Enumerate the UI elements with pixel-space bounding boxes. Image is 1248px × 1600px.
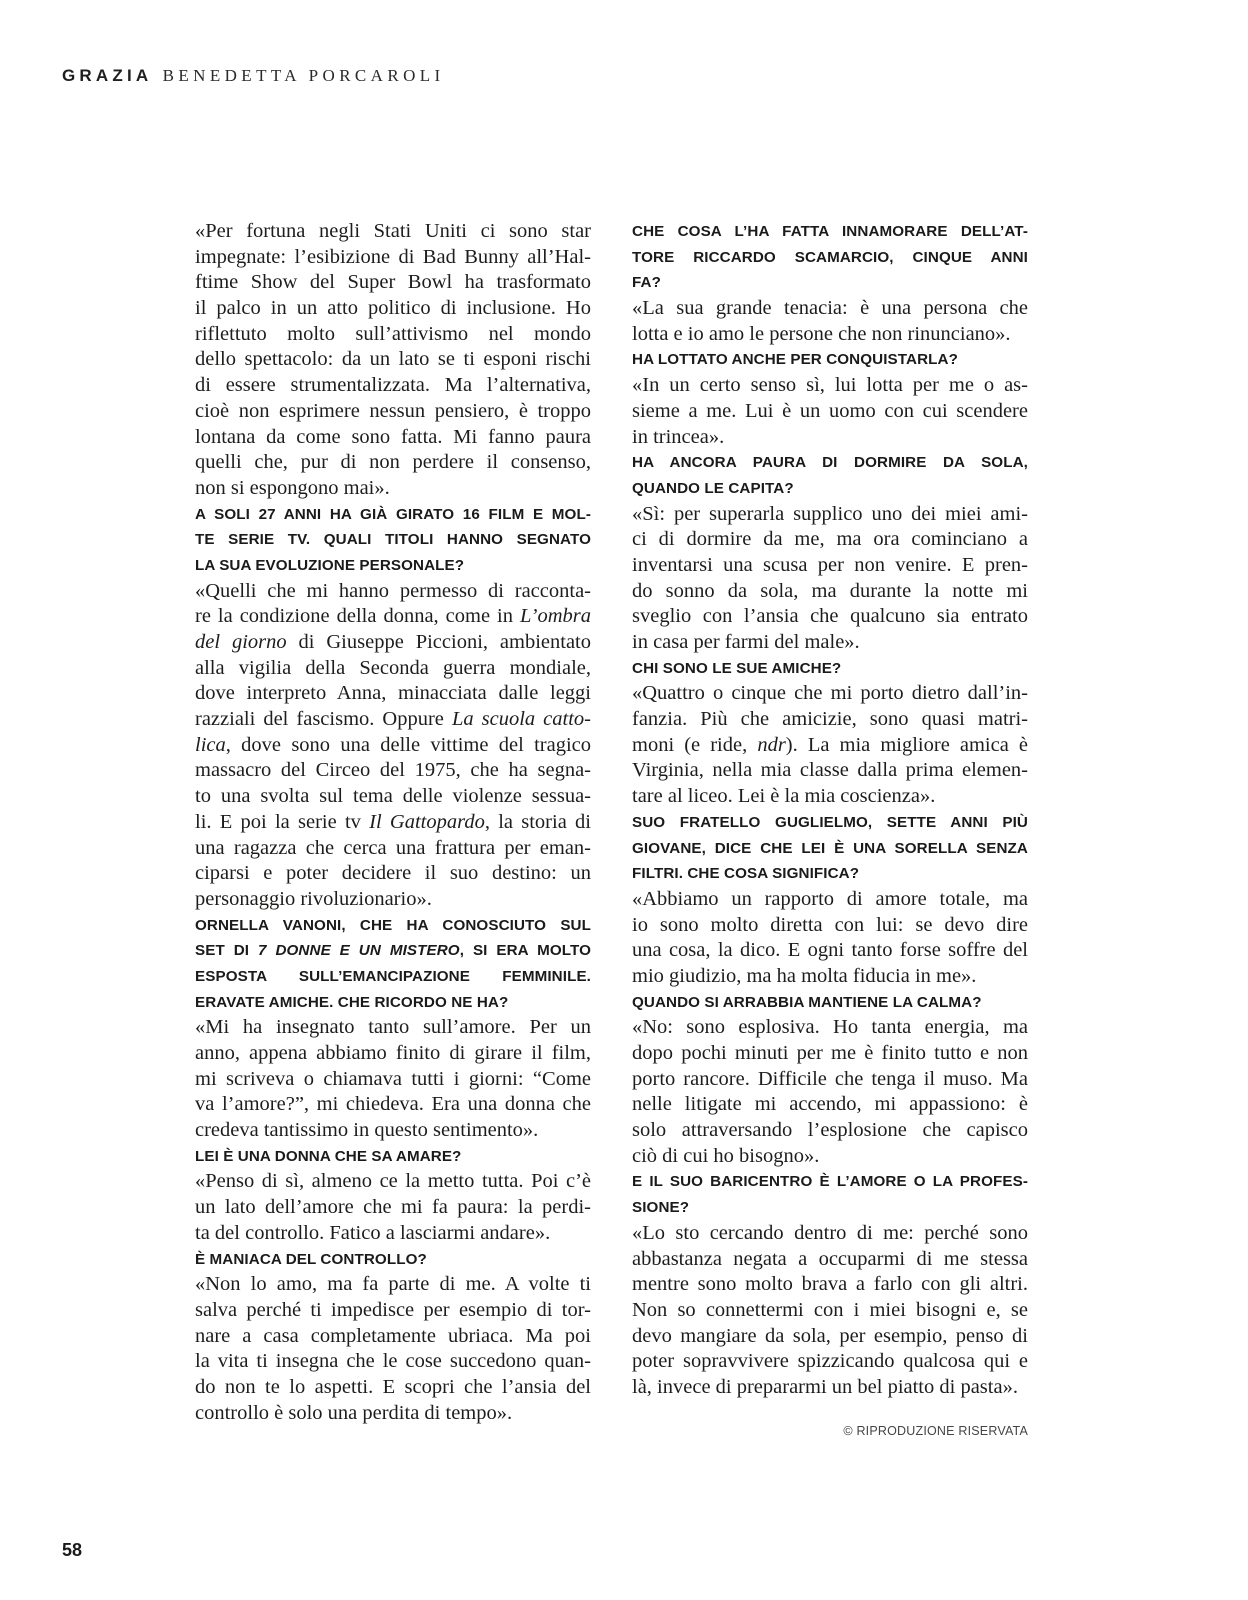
text-run: li. E poi la serie tv	[195, 811, 369, 833]
answer-line: «Quattro o cinque che mi porto dietro da…	[632, 681, 1028, 707]
text-run: razziali del fascismo. Oppure	[195, 708, 452, 730]
answer-line: lontana da come sono fatta. Mi fanno pau…	[195, 425, 591, 451]
answer-line: «La sua grande tenacia: è una persona ch…	[632, 296, 1028, 322]
text-run: in casa per farmi del male».	[632, 631, 860, 653]
answer-line: do sonno da sola, ma durante la notte mi	[632, 579, 1028, 605]
text-run: HA ANCORA PAURA DI DORMIRE DA SOLA,	[632, 454, 1028, 471]
text-run: un lato dell’amore che mi fa paura: la p…	[195, 1196, 591, 1218]
answer-line: Non so connettermi con i miei bisogni e,…	[632, 1298, 1028, 1324]
answer-line: lotta e io amo le persone che non rinunc…	[632, 322, 1028, 348]
answer-line: lica, dove sono una delle vittime del tr…	[195, 733, 591, 759]
text-run: Non so connettermi con i miei bisogni e,…	[632, 1299, 1028, 1321]
answer-line: «No: sono esplosiva. Ho tanta energia, m…	[632, 1015, 1028, 1041]
question-line: GIOVANE, DICE CHE LEI È UNA SORELLA SENZ…	[632, 836, 1028, 862]
text-run: va l’amore?”, mi chiedeva. Era una donna…	[195, 1093, 591, 1115]
italic-title: lica	[195, 734, 226, 756]
text-run: to una svolta sul tema delle violenze se…	[195, 785, 591, 807]
question-line: CHE COSA L’HA FATTA INNAMORARE DELL’AT-	[632, 219, 1028, 245]
text-run: quelli che, pur di non perdere il consen…	[195, 451, 591, 473]
question-line: È MANIACA DEL CONTROLLO?	[195, 1247, 591, 1273]
answer-line: solo attraversando l’esplosione che capi…	[632, 1118, 1028, 1144]
question-line: TORE RICCARDO SCAMARCIO, CINQUE ANNI	[632, 245, 1028, 271]
text-run: «Per fortuna negli Stati Uniti ci sono s…	[195, 220, 591, 242]
text-run: il palco in un atto politico di inclusio…	[195, 297, 591, 319]
text-run: GIOVANE, DICE CHE LEI È UNA SORELLA SENZ…	[632, 840, 1028, 857]
question-line: SUO FRATELLO GUGLIELMO, SETTE ANNI PIÙ	[632, 810, 1028, 836]
question-line: A SOLI 27 ANNI HA GIÀ GIRATO 16 FILM E M…	[195, 502, 591, 528]
text-run: A SOLI 27 ANNI HA GIÀ GIRATO 16 FILM E M…	[195, 506, 591, 523]
answer-line: in casa per farmi del male».	[632, 630, 1028, 656]
answer-line: ftime Show del Super Bowl ha trasformato	[195, 270, 591, 296]
text-run: QUANDO LE CAPITA?	[632, 480, 794, 497]
text-run: re la condizione della donna, come in	[195, 605, 520, 627]
answer-line: va l’amore?”, mi chiedeva. Era una donna…	[195, 1092, 591, 1118]
text-run: nare a casa completamente ubriaca. Ma po…	[195, 1325, 591, 1347]
italic-title: ndr	[757, 734, 785, 756]
text-run: sieme a me. Lui è un uomo con cui scende…	[632, 400, 1028, 422]
question-line: SIONE?	[632, 1195, 1028, 1221]
text-run: ciparsi e poter decidere il suo destino:…	[195, 862, 591, 884]
italic-title: Il Gattopardo	[369, 811, 485, 833]
text-run: mio giudizio, ma ha molta fiducia in me»…	[632, 965, 976, 987]
answer-line: salva perché ti impedisce per esempio di…	[195, 1298, 591, 1324]
article-column-right: CHE COSA L’HA FATTA INNAMORARE DELL’AT-T…	[632, 219, 1028, 1401]
answer-line: dopo pochi minuti per me è finito tutto …	[632, 1041, 1028, 1067]
page-number: 58	[62, 1540, 82, 1561]
text-run: do non te lo aspetti. E scopri che l’ans…	[195, 1376, 591, 1398]
text-run: FILTRI. CHE COSA SIGNIFICA?	[632, 865, 859, 882]
text-run: «In un certo senso sì, lui lotta per me …	[632, 374, 1028, 396]
text-run: dove interpreto Anna, minacciata dalle l…	[195, 682, 591, 704]
text-run: impegnate: l’esibizione di Bad Bunny all…	[195, 246, 591, 268]
text-run: salva perché ti impedisce per esempio di…	[195, 1299, 591, 1321]
text-run: TE SERIE TV. QUALI TITOLI HANNO SEGNATO	[195, 531, 591, 548]
answer-line: ci di dormire da me, ma ora cominciano a	[632, 527, 1028, 553]
question-line: FA?	[632, 270, 1028, 296]
answer-line: mentre sono molto brava a farlo con gli …	[632, 1272, 1028, 1298]
answer-line: anno, appena abbiamo finito di girare il…	[195, 1041, 591, 1067]
text-run: Virginia, nella mia classe dalla prima e…	[632, 759, 1028, 781]
text-run: ). La mia migliore amica è	[786, 734, 1028, 756]
text-run: in trincea».	[632, 426, 724, 448]
text-run: E IL SUO BARICENTRO È L’AMORE O LA PROFE…	[632, 1173, 1028, 1190]
text-run: SIONE?	[632, 1199, 689, 1216]
text-run: anno, appena abbiamo finito di girare il…	[195, 1042, 591, 1064]
text-run: poter sopravvivere spizzicando qualcosa …	[632, 1350, 1028, 1372]
text-run: alla vigilia della Seconda guerra mondia…	[195, 657, 591, 679]
text-run: io sono molto diretta con lui: se devo d…	[632, 914, 1028, 936]
text-run: «La sua grande tenacia: è una persona ch…	[632, 297, 1028, 319]
answer-line: ciparsi e poter decidere il suo destino:…	[195, 861, 591, 887]
text-run: ESPOSTA SULL’EMANCIPAZIONE FEMMINILE.	[195, 968, 591, 985]
question-line: LEI È UNA DONNA CHE SA AMARE?	[195, 1144, 591, 1170]
article-column-left: «Per fortuna negli Stati Uniti ci sono s…	[195, 219, 591, 1426]
answer-line: inventarsi una scusa per non venire. E p…	[632, 553, 1028, 579]
text-run: SET DI	[195, 942, 258, 959]
text-run: massacro del Circeo del 1975, che ha seg…	[195, 759, 591, 781]
answer-line: poter sopravvivere spizzicando qualcosa …	[632, 1349, 1028, 1375]
answer-line: impegnate: l’esibizione di Bad Bunny all…	[195, 245, 591, 271]
answer-line: mio giudizio, ma ha molta fiducia in me»…	[632, 964, 1028, 990]
article-subject: BENEDETTA PORCAROLI	[163, 66, 445, 85]
answer-line: sieme a me. Lui è un uomo con cui scende…	[632, 399, 1028, 425]
copyright-notice: © RIPRODUZIONE RISERVATA	[843, 1424, 1028, 1438]
running-head: GRAZIA BENEDETTA PORCAROLI	[62, 66, 445, 86]
text-run: dello spettacolo: da un lato se ti espon…	[195, 348, 591, 370]
answer-line: non si espongono mai».	[195, 476, 591, 502]
answer-line: una cosa, la dico. E ogni tanto forse so…	[632, 938, 1028, 964]
text-run: CHE COSA L’HA FATTA INNAMORARE DELL’AT-	[632, 223, 1028, 240]
answer-line: quelli che, pur di non perdere il consen…	[195, 450, 591, 476]
text-run: lotta e io amo le persone che non rinunc…	[632, 323, 1011, 345]
answer-line: «Quelli che mi hanno permesso di raccont…	[195, 579, 591, 605]
answer-line: ta del controllo. Fatico a lasciarmi and…	[195, 1221, 591, 1247]
answer-line: controllo è solo una perdita di tempo».	[195, 1401, 591, 1427]
text-run: , la storia di	[485, 811, 591, 833]
text-run: solo attraversando l’esplosione che capi…	[632, 1119, 1028, 1141]
answer-line: io sono molto diretta con lui: se devo d…	[632, 913, 1028, 939]
text-run: ERAVATE AMICHE. CHE RICORDO NE HA?	[195, 994, 508, 1011]
answer-line: «Mi ha insegnato tanto sull’amore. Per u…	[195, 1015, 591, 1041]
answer-line: nare a casa completamente ubriaca. Ma po…	[195, 1324, 591, 1350]
answer-line: là, invece di prepararmi un bel piatto d…	[632, 1375, 1028, 1401]
answer-line: alla vigilia della Seconda guerra mondia…	[195, 656, 591, 682]
answer-line: ciò di cui ho bisogno».	[632, 1144, 1028, 1170]
answer-line: sveglio con l’ansia che qualcuno sia ent…	[632, 604, 1028, 630]
question-line: QUANDO SI ARRABBIA MANTIENE LA CALMA?	[632, 990, 1028, 1016]
answer-line: Virginia, nella mia classe dalla prima e…	[632, 758, 1028, 784]
text-run: di Giuseppe Piccioni, ambientato	[287, 631, 591, 653]
answer-line: il palco in un atto politico di inclusio…	[195, 296, 591, 322]
answer-line: devo mangiare da sola, per esempio, pens…	[632, 1324, 1028, 1350]
question-line: ERAVATE AMICHE. CHE RICORDO NE HA?	[195, 990, 591, 1016]
text-run: «Sì: per superarla supplico uno dei miei…	[632, 503, 1028, 525]
answer-line: moni (e ride, ndr). La mia migliore amic…	[632, 733, 1028, 759]
text-run: «Abbiamo un rapporto di amore totale, ma	[632, 888, 1028, 910]
italic-title: 7 DONNE E UN MISTERO	[258, 942, 460, 959]
answer-line: abbastanza negata a occuparmi di me stes…	[632, 1247, 1028, 1273]
text-run: SUO FRATELLO GUGLIELMO, SETTE ANNI PIÙ	[632, 814, 1028, 831]
question-line: LA SUA EVOLUZIONE PERSONALE?	[195, 553, 591, 579]
text-run: lontana da come sono fatta. Mi fanno pau…	[195, 426, 591, 448]
answer-line: nelle litigate mi accendo, mi appassiono…	[632, 1092, 1028, 1118]
text-run: la vita ti insegna che le cose succedono…	[195, 1350, 591, 1372]
answer-line: «Per fortuna negli Stati Uniti ci sono s…	[195, 219, 591, 245]
answer-line: del giorno di Giuseppe Piccioni, ambient…	[195, 630, 591, 656]
text-run: do sonno da sola, ma durante la notte mi	[632, 580, 1028, 602]
answer-line: «Penso di sì, almeno ce la metto tutta. …	[195, 1169, 591, 1195]
answer-line: «Abbiamo un rapporto di amore totale, ma	[632, 887, 1028, 913]
answer-line: «Non lo amo, ma fa parte di me. A volte …	[195, 1272, 591, 1298]
answer-line: una ragazza che cerca una frattura per e…	[195, 836, 591, 862]
text-run: TORE RICCARDO SCAMARCIO, CINQUE ANNI	[632, 249, 1028, 266]
answer-line: dello spettacolo: da un lato se ti espon…	[195, 347, 591, 373]
text-run: LA SUA EVOLUZIONE PERSONALE?	[195, 557, 464, 574]
italic-title: La scuola catto-	[452, 708, 591, 730]
text-run: controllo è solo una perdita di tempo».	[195, 1402, 512, 1424]
question-line: E IL SUO BARICENTRO È L’AMORE O LA PROFE…	[632, 1169, 1028, 1195]
question-line: ESPOSTA SULL’EMANCIPAZIONE FEMMINILE.	[195, 964, 591, 990]
question-line: ORNELLA VANONI, CHE HA CONOSCIUTO SUL	[195, 913, 591, 939]
answer-line: to una svolta sul tema delle violenze se…	[195, 784, 591, 810]
answer-line: dove interpreto Anna, minacciata dalle l…	[195, 681, 591, 707]
text-run: là, invece di prepararmi un bel piatto d…	[632, 1376, 1018, 1398]
answer-line: di essere strumentalizzata. Ma l’alterna…	[195, 373, 591, 399]
text-run: una cosa, la dico. E ogni tanto forse so…	[632, 939, 1028, 961]
text-run: dopo pochi minuti per me è finito tutto …	[632, 1042, 1028, 1064]
text-run: «No: sono esplosiva. Ho tanta energia, m…	[632, 1016, 1028, 1038]
answer-line: cioè non esprimere nessun pensiero, è tr…	[195, 399, 591, 425]
magazine-brand: GRAZIA	[62, 66, 152, 85]
text-run: credeva tantissimo in questo sentimento»…	[195, 1119, 538, 1141]
text-run: ta del controllo. Fatico a lasciarmi and…	[195, 1222, 550, 1244]
question-line: SET DI 7 DONNE E UN MISTERO, SI ERA MOLT…	[195, 938, 591, 964]
answer-line: razziali del fascismo. Oppure La scuola …	[195, 707, 591, 733]
text-run: QUANDO SI ARRABBIA MANTIENE LA CALMA?	[632, 994, 982, 1011]
answer-line: «Lo sto cercando dentro di me: perché so…	[632, 1221, 1028, 1247]
text-run: cioè non esprimere nessun pensiero, è tr…	[195, 400, 591, 422]
text-run: sveglio con l’ansia che qualcuno sia ent…	[632, 605, 1028, 627]
question-line: FILTRI. CHE COSA SIGNIFICA?	[632, 861, 1028, 887]
text-run: ftime Show del Super Bowl ha trasformato	[195, 271, 591, 293]
text-run: ci di dormire da me, ma ora cominciano a	[632, 528, 1028, 550]
text-run: , dove sono una delle vittime del tragic…	[226, 734, 591, 756]
text-run: CHI SONO LE SUE AMICHE?	[632, 660, 841, 677]
text-run: nelle litigate mi accendo, mi appassiono…	[632, 1093, 1028, 1115]
question-line: HA ANCORA PAURA DI DORMIRE DA SOLA,	[632, 450, 1028, 476]
text-run: ORNELLA VANONI, CHE HA CONOSCIUTO SUL	[195, 917, 591, 934]
answer-line: personaggio rivoluzionario».	[195, 887, 591, 913]
text-run: «Lo sto cercando dentro di me: perché so…	[632, 1222, 1028, 1244]
text-run: una ragazza che cerca una frattura per e…	[195, 837, 591, 859]
text-run: «Penso di sì, almeno ce la metto tutta. …	[195, 1170, 591, 1192]
text-run: ciò di cui ho bisogno».	[632, 1145, 819, 1167]
italic-title: L’ombra	[520, 605, 591, 627]
text-run: , SI ERA MOLTO	[460, 942, 591, 959]
answer-line: li. E poi la serie tv Il Gattopardo, la …	[195, 810, 591, 836]
text-run: «Mi ha insegnato tanto sull’amore. Per u…	[195, 1016, 591, 1038]
answer-line: «Sì: per superarla supplico uno dei miei…	[632, 502, 1028, 528]
text-run: mentre sono molto brava a farlo con gli …	[632, 1273, 1028, 1295]
answer-line: in trincea».	[632, 425, 1028, 451]
answer-line: la vita ti insegna che le cose succedono…	[195, 1349, 591, 1375]
answer-line: do non te lo aspetti. E scopri che l’ans…	[195, 1375, 591, 1401]
text-run: «Non lo amo, ma fa parte di me. A volte …	[195, 1273, 591, 1295]
answer-line: fanzia. Più che amicizie, sono quasi mat…	[632, 707, 1028, 733]
text-run: inventarsi una scusa per non venire. E p…	[632, 554, 1028, 576]
answer-line: mi scriveva o chiamava tutti i giorni: “…	[195, 1067, 591, 1093]
text-run: È MANIACA DEL CONTROLLO?	[195, 1251, 427, 1268]
text-run: fanzia. Più che amicizie, sono quasi mat…	[632, 708, 1028, 730]
text-run: abbastanza negata a occuparmi di me stes…	[632, 1248, 1028, 1270]
answer-line: tare al liceo. Lei è la mia coscienza».	[632, 784, 1028, 810]
text-run: porto rancore. Difficile che tenga il mu…	[632, 1068, 1028, 1090]
text-run: HA LOTTATO ANCHE PER CONQUISTARLA?	[632, 351, 958, 368]
text-run: non si espongono mai».	[195, 477, 390, 499]
answer-line: porto rancore. Difficile che tenga il mu…	[632, 1067, 1028, 1093]
text-run: tare al liceo. Lei è la mia coscienza».	[632, 785, 935, 807]
answer-line: re la condizione della donna, come in L’…	[195, 604, 591, 630]
answer-line: «In un certo senso sì, lui lotta per me …	[632, 373, 1028, 399]
text-run: mi scriveva o chiamava tutti i giorni: “…	[195, 1068, 591, 1090]
text-run: «Quelli che mi hanno permesso di raccont…	[195, 580, 591, 602]
answer-line: massacro del Circeo del 1975, che ha seg…	[195, 758, 591, 784]
text-run: riflettuto molto sull’attivismo nel mond…	[195, 323, 591, 345]
question-line: TE SERIE TV. QUALI TITOLI HANNO SEGNATO	[195, 527, 591, 553]
italic-title: del giorno	[195, 631, 287, 653]
text-run: FA?	[632, 274, 661, 291]
answer-line: riflettuto molto sull’attivismo nel mond…	[195, 322, 591, 348]
text-run: devo mangiare da sola, per esempio, pens…	[632, 1325, 1028, 1347]
question-line: HA LOTTATO ANCHE PER CONQUISTARLA?	[632, 347, 1028, 373]
text-run: «Quattro o cinque che mi porto dietro da…	[632, 682, 1028, 704]
answer-line: un lato dell’amore che mi fa paura: la p…	[195, 1195, 591, 1221]
text-run: LEI È UNA DONNA CHE SA AMARE?	[195, 1148, 461, 1165]
text-run: di essere strumentalizzata. Ma l’alterna…	[195, 374, 591, 396]
question-line: QUANDO LE CAPITA?	[632, 476, 1028, 502]
answer-line: credeva tantissimo in questo sentimento»…	[195, 1118, 591, 1144]
text-run: personaggio rivoluzionario».	[195, 888, 432, 910]
text-run: moni (e ride,	[632, 734, 757, 756]
question-line: CHI SONO LE SUE AMICHE?	[632, 656, 1028, 682]
